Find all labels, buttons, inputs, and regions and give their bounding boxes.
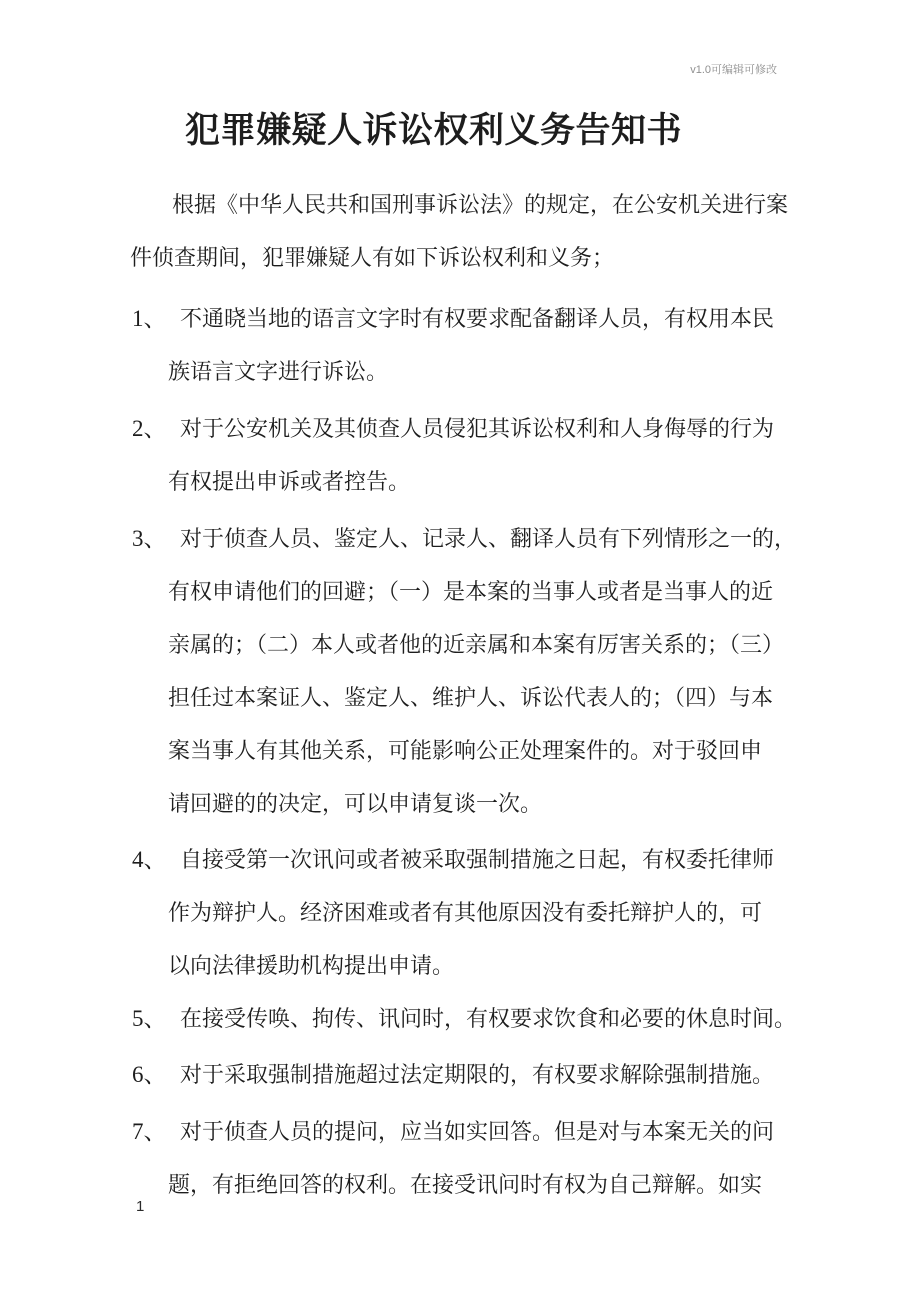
list-item-3: 3、 对于侦查人员、鉴定人、记录人、翻译人员有下列情形之一的， 有权申请他们的回… <box>130 512 820 830</box>
list-item-7: 7、 对于侦查人员的提问，应当如实回答。但是对与本案无关的问 题，有拒绝回答的权… <box>130 1105 820 1211</box>
item-1-number: 1、 <box>132 292 167 345</box>
item-4-line-3: 以向法律援助机构提出申请。 <box>168 939 820 992</box>
intro-line-1: 根据《中华人民共和国刑事诉讼法》的规定，在公安机关进行案 <box>130 178 820 231</box>
item-5-line-1: 在接受传唤、拘传、讯问时，有权要求饮食和必要的休息时间。 <box>168 992 820 1045</box>
list-item-1: 1、 不通晓当地的语言文字时有权要求配备翻译人员，有权用本民 族语言文字进行诉讼… <box>130 292 820 398</box>
item-5-number: 5、 <box>132 992 167 1045</box>
item-1-text: 不通晓当地的语言文字时有权要求配备翻译人员，有权用本民 族语言文字进行诉讼。 <box>168 292 820 398</box>
intro-line-2: 件侦查期间，犯罪嫌疑人有如下诉讼权利和义务； <box>130 231 820 284</box>
document-title: 犯罪嫌疑人诉讼权利义务告知书 <box>185 105 808 157</box>
item-3-line-3: 亲属的；（二）本人或者他的近亲属和本案有厉害关系的；（三） <box>168 618 820 671</box>
item-6-text: 对于采取强制措施超过法定期限的，有权要求解除强制措施。 <box>168 1048 820 1101</box>
item-7-text: 对于侦查人员的提问，应当如实回答。但是对与本案无关的问 题，有拒绝回答的权利。在… <box>168 1105 820 1211</box>
item-4-text: 自接受第一次讯问或者被采取强制措施之日起，有权委托律师 作为辩护人。经济困难或者… <box>168 833 820 992</box>
item-1-line-2: 族语言文字进行诉讼。 <box>168 345 820 398</box>
document-page: v1.0可编辑可修改 犯罪嫌疑人诉讼权利义务告知书 根据《中华人民共和国刑事诉讼… <box>0 0 920 1303</box>
item-7-number: 7、 <box>132 1105 167 1158</box>
item-3-number: 3、 <box>132 512 167 565</box>
item-7-line-2: 题，有拒绝回答的权利。在接受讯问时有权为自己辩解。如实 <box>168 1158 820 1211</box>
item-2-text: 对于公安机关及其侦查人员侵犯其诉讼权利和人身侮辱的行为 有权提出申诉或者控告。 <box>168 402 820 508</box>
item-4-line-2: 作为辩护人。经济困难或者有其他原因没有委托辩护人的，可 <box>168 886 820 939</box>
item-5-text: 在接受传唤、拘传、讯问时，有权要求饮食和必要的休息时间。 <box>168 992 820 1045</box>
version-watermark: v1.0可编辑可修改 <box>690 63 777 77</box>
intro-paragraph: 根据《中华人民共和国刑事诉讼法》的规定，在公安机关进行案 件侦查期间，犯罪嫌疑人… <box>130 178 820 284</box>
item-7-line-1: 对于侦查人员的提问，应当如实回答。但是对与本案无关的问 <box>168 1105 820 1158</box>
item-3-line-6: 请回避的的决定，可以申请复谈一次。 <box>168 777 820 830</box>
item-4-number: 4、 <box>132 833 167 886</box>
list-item-6: 6、 对于采取强制措施超过法定期限的，有权要求解除强制措施。 <box>130 1048 820 1101</box>
list-item-2: 2、 对于公安机关及其侦查人员侵犯其诉讼权利和人身侮辱的行为 有权提出申诉或者控… <box>130 402 820 508</box>
item-3-line-5: 案当事人有其他关系，可能影响公正处理案件的。对于驳回申 <box>168 724 820 777</box>
item-2-number: 2、 <box>132 402 167 455</box>
item-3-line-2: 有权申请他们的回避；（一）是本案的当事人或者是当事人的近 <box>168 565 820 618</box>
item-6-number: 6、 <box>132 1048 167 1101</box>
item-2-line-2: 有权提出申诉或者控告。 <box>168 455 820 508</box>
list-item-4: 4、 自接受第一次讯问或者被采取强制措施之日起，有权委托律师 作为辩护人。经济困… <box>130 833 820 992</box>
item-3-line-1: 对于侦查人员、鉴定人、记录人、翻译人员有下列情形之一的， <box>168 512 820 565</box>
item-4-line-1: 自接受第一次讯问或者被采取强制措施之日起，有权委托律师 <box>168 833 820 886</box>
item-6-line-1: 对于采取强制措施超过法定期限的，有权要求解除强制措施。 <box>168 1048 820 1101</box>
item-1-line-1: 不通晓当地的语言文字时有权要求配备翻译人员，有权用本民 <box>168 292 820 345</box>
list-item-5: 5、 在接受传唤、拘传、讯问时，有权要求饮食和必要的休息时间。 <box>130 992 820 1045</box>
item-2-line-1: 对于公安机关及其侦查人员侵犯其诉讼权利和人身侮辱的行为 <box>168 402 820 455</box>
item-3-line-4: 担任过本案证人、鉴定人、维护人、诉讼代表人的；（四）与本 <box>168 671 820 724</box>
item-3-text: 对于侦查人员、鉴定人、记录人、翻译人员有下列情形之一的， 有权申请他们的回避；（… <box>168 512 820 830</box>
